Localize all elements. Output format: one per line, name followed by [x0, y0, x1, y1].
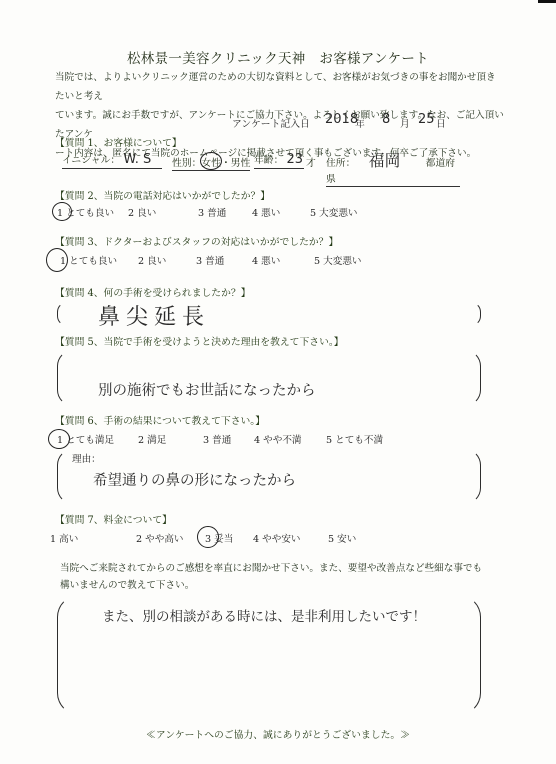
q3-option-1[interactable]: 1 とても良い — [60, 253, 117, 267]
q3-label: 【質問 3、ドクターおよびスタッフの対応はいかがでしたか？】 — [55, 234, 338, 248]
date-day-unit: 日 — [436, 116, 446, 130]
q2-option-5[interactable]: 5 大変悪い — [310, 205, 358, 219]
q7-option-4[interactable]: 4 やや安い — [253, 531, 301, 545]
q7-option-1[interactable]: 1 高い — [50, 531, 78, 545]
age-label: 年齢： — [254, 155, 283, 166]
date-day[interactable]: 25 — [418, 112, 435, 127]
q2-option-4[interactable]: 4 悪い — [252, 205, 280, 219]
q6-selected-circle — [48, 429, 70, 449]
age-unit: 才 — [306, 155, 316, 169]
q3-option-4[interactable]: 4 悪い — [252, 253, 280, 267]
q3-option-5[interactable]: 5 大変悪い — [314, 253, 362, 267]
q1-label: 【質問 1、お客様について】 — [55, 135, 182, 149]
q2-label: 【質問 2、当院の電話対応はいかがでしたか？】 — [55, 188, 270, 202]
thank-you-footer: ≪アンケートへのご協力、誠にありがとうございました。≫ — [0, 727, 556, 741]
date-month-unit: 月 — [400, 116, 410, 130]
q6-option-4[interactable]: 4 やや不満 — [254, 432, 302, 446]
q6-reason-label: 理由： — [72, 451, 101, 465]
q4-answer: 鼻尖延長 — [98, 300, 210, 331]
initial-value: W. S — [123, 152, 151, 167]
gender-selected-circle — [200, 152, 222, 170]
initial-field[interactable]: イニシャル： W. S — [62, 152, 162, 169]
q2-option-2[interactable]: 2 良い — [128, 205, 156, 219]
initial-label: イニシャル： — [62, 155, 120, 166]
document-title: 松林景一美容クリニック天神 お客様アンケート — [0, 47, 556, 67]
address-value: 福岡 — [369, 151, 401, 170]
q6-option-2[interactable]: 2 満足 — [138, 432, 166, 446]
q5-label: 【質問 5、当院で手術を受けようと決めた理由を教えて下さい。】 — [55, 334, 344, 348]
q7-label: 【質問 7、料金について】 — [55, 512, 172, 526]
date-month[interactable]: 8 — [382, 112, 390, 127]
intro-line: 当院では、よりよいクリニック運営のための大切な資料として、お客様がお気づきの事を… — [55, 68, 505, 106]
q2-option-3[interactable]: 3 普通 — [198, 205, 226, 219]
date-year-unit: 年 — [355, 116, 365, 130]
address-label: 住所： — [326, 158, 355, 169]
q5-answer: 別の施術でもお世話になったから — [98, 379, 316, 400]
gender-label: 性別： — [172, 158, 201, 169]
q6-label: 【質問 6、手術の結果について教えて下さい。】 — [55, 413, 265, 427]
q3-option-3[interactable]: 3 普通 — [196, 253, 224, 267]
comments-answer: また、別の相談がある時には、是非利用したいです！ — [102, 605, 426, 625]
scan-edge-mark — [538, 0, 556, 3]
comments-prompt-line: 当院へご来院されてからのご感想を率直にお聞かせ下さい。また、要望や改善点など些細… — [60, 560, 510, 577]
q6-option-5[interactable]: 5 とても不満 — [326, 432, 383, 446]
comments-prompt-line: 構いませんので教えて下さい。 — [60, 577, 510, 594]
comments-prompt: 当院へご来院されてからのご感想を率直にお聞かせ下さい。また、要望や改善点など些細… — [60, 560, 510, 594]
age-value: 23 — [287, 152, 304, 167]
q6-reason: 希望通りの鼻の形になったから — [93, 469, 296, 490]
q6-option-3[interactable]: 3 普通 — [203, 432, 231, 446]
q3-option-2[interactable]: 2 良い — [138, 253, 166, 267]
q3-selected-circle — [46, 248, 68, 272]
q7-option-2[interactable]: 2 やや高い — [136, 531, 184, 545]
address-field[interactable]: 住所： 福岡 都道府県 — [326, 148, 460, 187]
age-field[interactable]: 年齢： 23 — [254, 152, 304, 169]
q4-label: 【質問 4、何の手術を受けられましたか？】 — [55, 285, 251, 299]
date-year[interactable]: 2018 — [325, 112, 358, 127]
date-label: アンケート記入日 — [232, 116, 310, 130]
q7-option-5[interactable]: 5 安い — [328, 531, 356, 545]
q7-selected-circle — [197, 526, 219, 548]
q2-selected-circle — [52, 202, 72, 221]
